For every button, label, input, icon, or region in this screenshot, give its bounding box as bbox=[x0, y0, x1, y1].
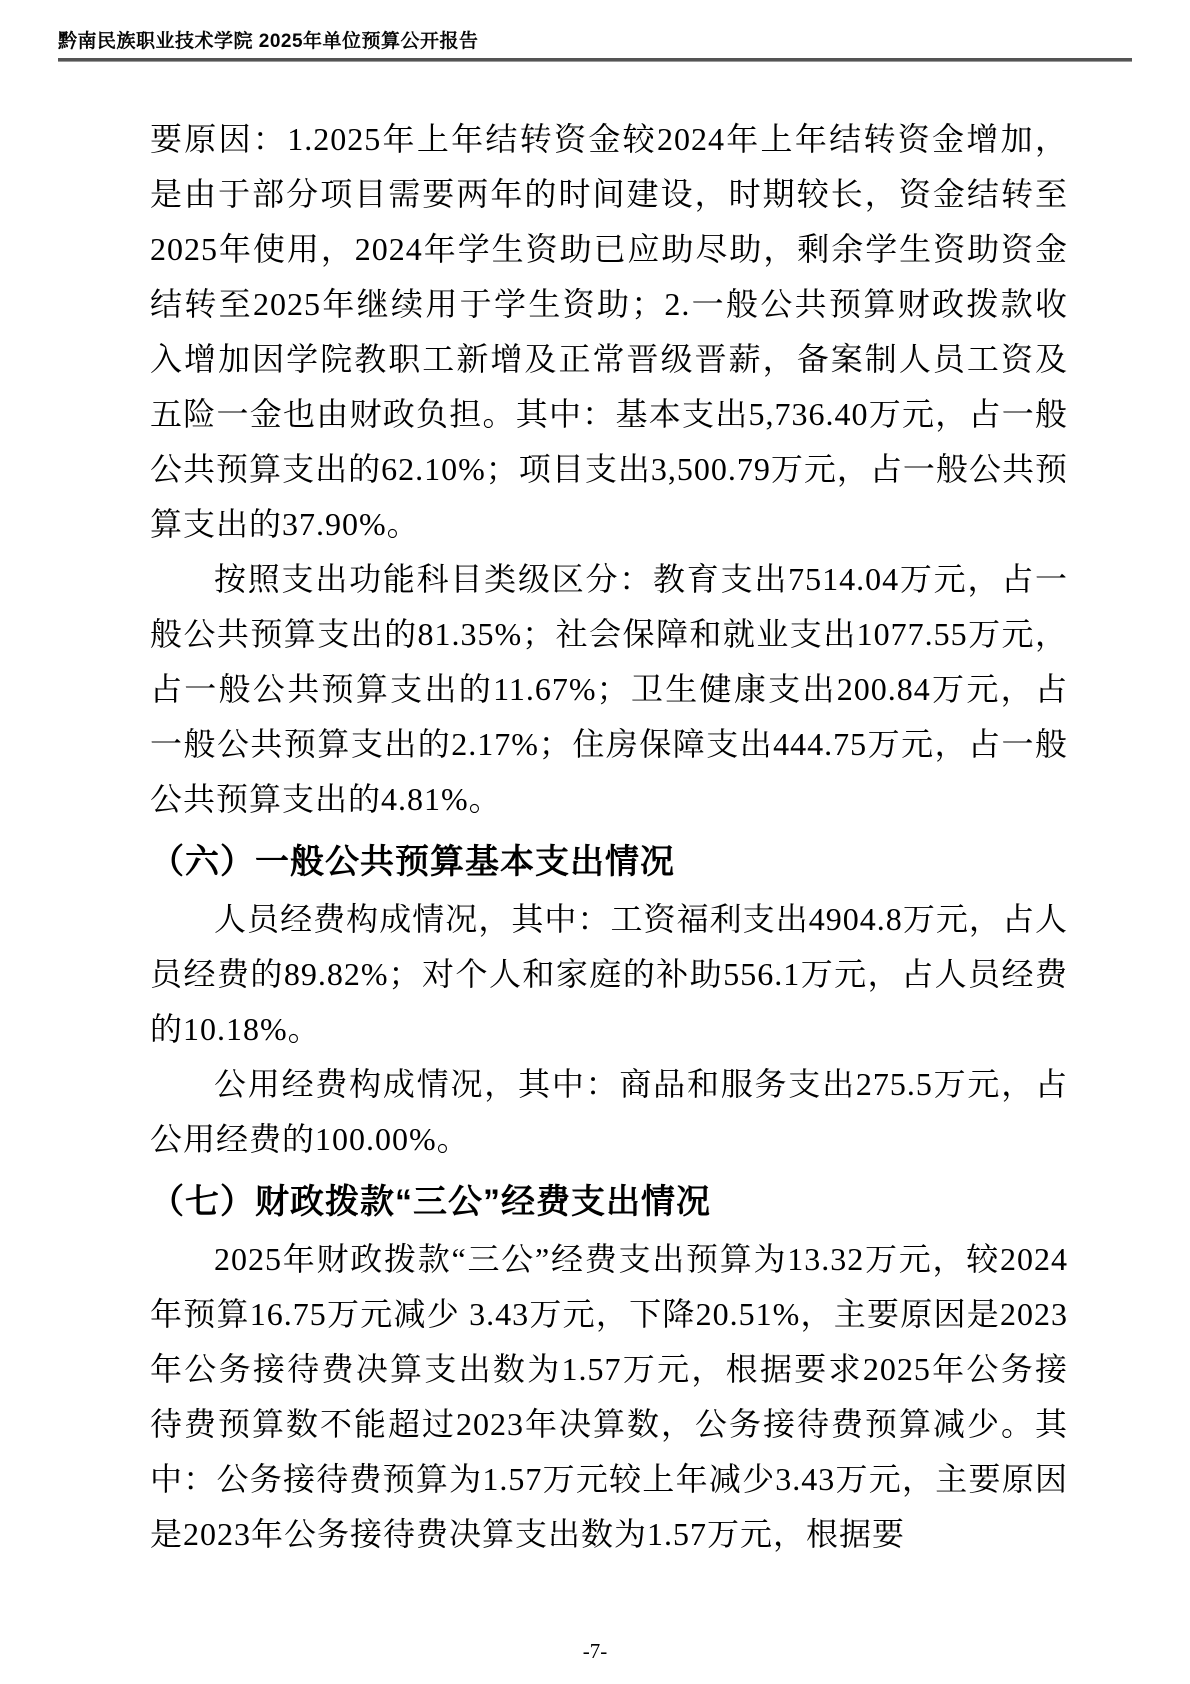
paragraph-expenditure-by-function: 按照支出功能科目类级区分：教育支出7514.04万元，占一般公共预算支出的81.… bbox=[150, 552, 1068, 827]
document-body: 要原因：1.2025年上年结转资金较2024年上年结转资金增加，是由于部分项目需… bbox=[150, 112, 1068, 1562]
section-heading-three-public-expenses: （七）财政拨款“三公”经费支出情况 bbox=[150, 1175, 1068, 1230]
paragraph-public-funds: 公用经费构成情况，其中：商品和服务支出275.5万元，占公用经费的100.00%… bbox=[150, 1057, 1068, 1167]
paragraph-three-public-expenses-detail: 2025年财政拨款“三公”经费支出预算为13.32万元，较2024年预算16.7… bbox=[150, 1232, 1068, 1562]
paragraph-budget-change-reasons: 要原因：1.2025年上年结转资金较2024年上年结转资金增加，是由于部分项目需… bbox=[150, 112, 1068, 552]
document-header-title: 黔南民族职业技术学院 2025年单位预算公开报告 bbox=[58, 0, 1132, 54]
paragraph-personnel-funds: 人员经费构成情况，其中：工资福利支出4904.8万元，占人员经费的89.82%；… bbox=[150, 892, 1068, 1057]
header-divider-line bbox=[58, 58, 1132, 62]
page-number: -7- bbox=[0, 1639, 1190, 1664]
page-header: 黔南民族职业技术学院 2025年单位预算公开报告 bbox=[58, 0, 1132, 62]
section-heading-basic-expenditure: （六）一般公共预算基本支出情况 bbox=[150, 835, 1068, 890]
document-page: 黔南民族职业技术学院 2025年单位预算公开报告 要原因：1.2025年上年结转… bbox=[0, 0, 1190, 1684]
